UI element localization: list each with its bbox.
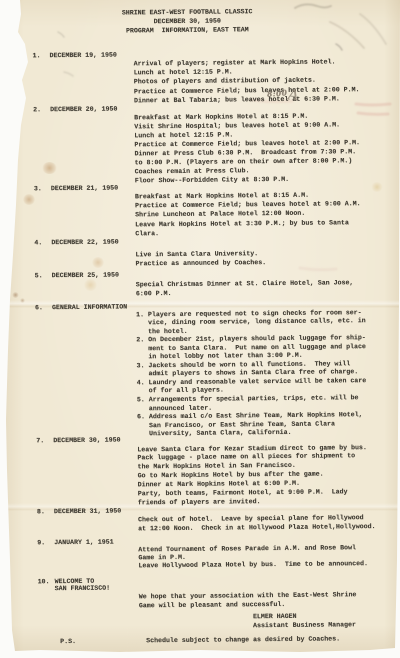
item-number: 7. <box>36 437 44 444</box>
item-body: Breakfast at Mark Hopkins Hotel at 8:15 … <box>135 190 361 238</box>
signature-title: Assistant Business Manager <box>253 621 356 629</box>
schedule-item-5: 5. DECEMBER 25, 1950 Special Christmas D… <box>3 268 400 272</box>
welcome-item: 10. WELCOME TO SAN FRANCISCO! We hope th… <box>6 574 400 578</box>
signature-block: ELMER HAGEN Assistant Business Manager <box>253 611 356 630</box>
item-number: 2. <box>33 106 41 113</box>
item-number: 6. <box>35 304 43 311</box>
item-date: WELCOME TO SAN FRANCISCO! <box>55 577 111 592</box>
item-body: Leave Santa Clara for Kezar Stadium dire… <box>137 444 367 509</box>
item-date: JANUARY 1, 1951 <box>54 538 113 546</box>
item-body: Breakfast at Mark Hopkins Hotel at 8:15 … <box>134 111 360 186</box>
item-number: 3. <box>34 185 42 192</box>
item-date: DECEMBER 30, 1950 <box>53 436 120 444</box>
item-date: DECEMBER 31, 1950 <box>54 507 121 515</box>
item-number: 9. <box>37 539 45 546</box>
item-number: 4. <box>34 239 42 246</box>
general-information-item: 6. GENERAL INFORMATION 1. Players are re… <box>3 300 400 304</box>
item-date: DECEMBER 25, 1950 <box>52 271 119 279</box>
item-date: GENERAL INFORMATION <box>52 303 127 311</box>
item-body: 1. Players are requested not to sign che… <box>136 309 367 439</box>
signature-name: ELMER HAGEN <box>253 613 297 620</box>
item-body: Live in Santa Clara University. Practice… <box>135 249 266 268</box>
item-body: Arrival of players; register at Mark Hop… <box>134 57 360 105</box>
edge-fleck <box>0 6 5 16</box>
postscript-text: Schedule subject to change as desired by… <box>146 635 340 644</box>
item-date: DECEMBER 19, 1950 <box>49 51 116 59</box>
schedule-item-9: 9. JANUARY 1, 1951 Attend Tournament of … <box>5 535 400 539</box>
item-number: 10. <box>38 578 50 585</box>
item-date: DECEMBER 22, 1950 <box>51 238 118 246</box>
typewritten-text-layer: SHRINE EAST-WEST FOOTBALL CLASSIC DECEMB… <box>0 0 400 658</box>
item-body: Check out of hotel. Leave by special pla… <box>138 512 376 532</box>
schedule-item-1: 1. DECEMBER 19, 1950 Arrival of players;… <box>0 48 400 52</box>
postscript-label: P.S. <box>60 637 76 644</box>
item-number: 5. <box>35 272 43 279</box>
document-title: SHRINE EAST-WEST FOOTBALL CLASSIC DECEMB… <box>0 5 374 36</box>
item-body: We hope that your association with the E… <box>139 590 357 610</box>
scanned-document-page: SHRINE EAST-WEST FOOTBALL CLASSIC DECEMB… <box>0 0 400 658</box>
item-body: Attend Tournament of Roses Parade in A.M… <box>138 544 368 570</box>
handwritten-letter: A <box>287 85 300 104</box>
stain <box>2 194 9 201</box>
item-body: Special Christmas Dinner at St. Claire H… <box>136 278 354 298</box>
item-number: 8. <box>37 508 45 515</box>
item-number: 1. <box>32 52 40 59</box>
handwritten-time: 8:00 <box>267 88 288 99</box>
item-date: DECEMBER 21, 1950 <box>51 184 118 192</box>
paper-sheet: SHRINE EAST-WEST FOOTBALL CLASSIC DECEMB… <box>0 0 400 658</box>
item-date: DECEMBER 20, 1950 <box>50 105 117 113</box>
